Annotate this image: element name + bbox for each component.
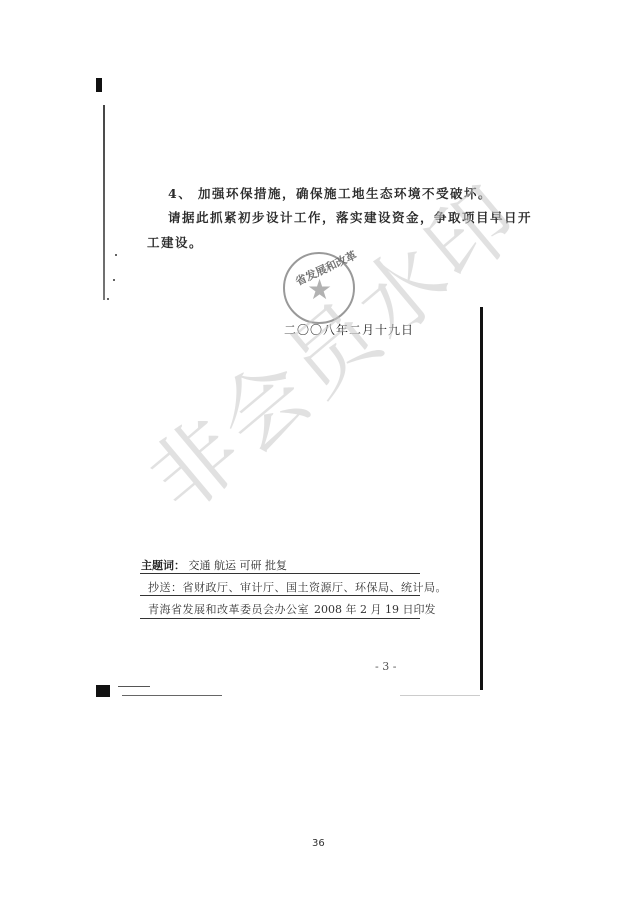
scan-edge-line-right bbox=[480, 307, 483, 690]
cc-line: 抄送：省财政厅、审计厅、国土资源厅、环保局、统计局。 bbox=[148, 579, 447, 595]
scan-registration-mark bbox=[96, 78, 102, 92]
keywords-line: 主题词： 交通 航运 可研 批复 bbox=[141, 557, 287, 573]
body-line-2: 请据此抓紧初步设计工作，落实建设资金，争取项目早日开 bbox=[168, 208, 532, 226]
page-number: 36 bbox=[312, 838, 325, 849]
scan-edge-line-left bbox=[103, 105, 105, 300]
star-icon: ★ bbox=[307, 276, 332, 304]
divider bbox=[140, 595, 420, 596]
issue-date: 2008 年 2 月 19 日印发 bbox=[314, 601, 435, 617]
keywords-value: 交通 航运 可研 批复 bbox=[189, 559, 288, 572]
scanned-document-page: 4、 加强环保措施，确保施工地生态环境不受破坏。 请据此抓紧初步设计工作，落实建… bbox=[0, 0, 640, 905]
issuer: 青海省发展和改革委员会办公室 bbox=[148, 601, 309, 617]
scan-registration-mark bbox=[96, 685, 110, 697]
official-seal: 省发展和改革 ★ bbox=[283, 252, 355, 324]
scan-edge-line bbox=[400, 695, 480, 696]
body-line-1: 4、 加强环保措施，确保施工地生态环境不受破坏。 bbox=[168, 184, 492, 202]
scan-speck bbox=[113, 279, 115, 281]
scan-edge-line bbox=[122, 695, 222, 696]
divider bbox=[140, 618, 420, 619]
signature-date: 二〇〇八年二月十九日 bbox=[284, 321, 414, 338]
scan-edge-line bbox=[118, 686, 150, 687]
inner-page-number: - 3 - bbox=[375, 660, 396, 673]
body-line-3: 工建设。 bbox=[147, 233, 203, 251]
divider bbox=[140, 573, 420, 574]
scan-speck bbox=[107, 298, 109, 300]
keywords-label: 主题词： bbox=[141, 559, 185, 572]
scan-speck bbox=[115, 254, 117, 256]
